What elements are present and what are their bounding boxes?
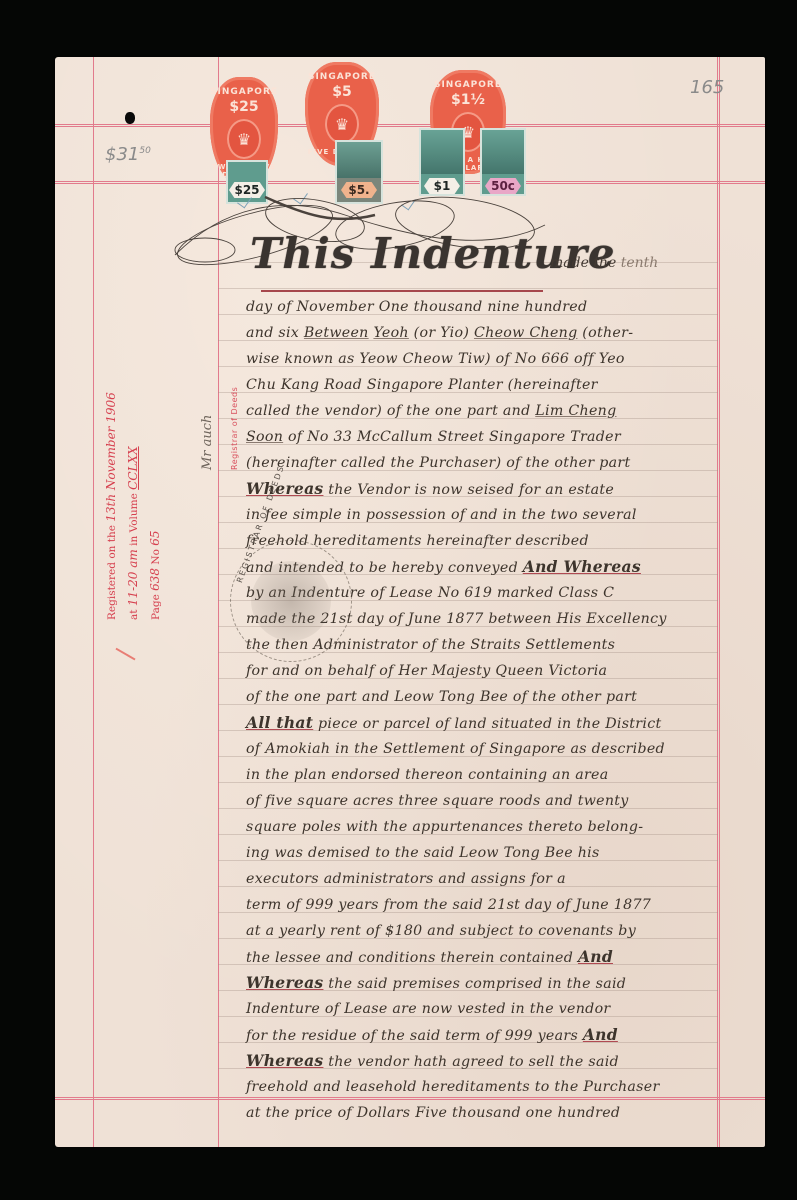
seal-emblem-icon [251,561,331,641]
registrar-seal: REGISTRAR OF DEEDS [230,540,352,662]
top-rule-2 [55,181,765,184]
text-line: for and on behalf of Her Majesty Queen V… [246,658,741,684]
pencil-signature: Mr auch [200,415,215,470]
text-line: ing was demised to the said Leow Tong Be… [246,840,741,866]
text-line: Whereas the said premises comprised in t… [246,970,741,996]
crown-icon: ♛ [325,104,359,144]
text-line: Whereas the Vendor is now seised for an … [246,476,741,502]
text-line: executors administrators and assigns for… [246,866,741,892]
text-line: (hereinafter called the Purchaser) of th… [246,450,741,476]
heading-continuation: made the tenth [550,255,658,271]
pencil-folio-number: 165 [690,77,724,98]
text-line: and six Between Yeoh (or Yio) Cheow Chen… [246,320,741,346]
text-line: of the one part and Leow Tong Bee of the… [246,684,741,710]
text-line: for the residue of the said term of 999 … [246,1022,741,1048]
text-line: Chu Kang Road Singapore Planter (hereina… [246,372,741,398]
registration-note: Registered on the 13th November 1906 at … [100,320,166,620]
text-line: the lessee and conditions therein contai… [246,944,741,970]
text-line: freehold and leasehold hereditaments to … [246,1074,741,1100]
text-line: at the price of Dollars Five thousand on… [246,1100,741,1126]
text-line: wise known as Yeow Cheow Tiw) of No 666 … [246,346,741,372]
text-line: of five square acres three square roods … [246,788,741,814]
top-rule-1 [55,124,765,127]
pencil-amount: $3150 [105,144,151,165]
left-margin-rule [93,57,94,1147]
crown-icon: ♛ [227,119,261,159]
text-line: Indenture of Lease are now vested in the… [246,996,741,1022]
text-line: at a yearly rent of $180 and subject to … [246,918,741,944]
indenture-heading: This Indenture made the tenth [165,185,625,295]
text-line: day of November One thousand nine hundre… [246,294,741,320]
text-line: square poles with the appurtenances ther… [246,814,741,840]
punch-hole [125,112,135,124]
title-underline [261,290,543,292]
text-line: All that piece or parcel of land situate… [246,710,741,736]
text-line: called the vendor) of the one part and L… [246,398,741,424]
text-line: of Amokiah in the Settlement of Singapor… [246,736,741,762]
indenture-body: day of November One thousand nine hundre… [246,294,741,1126]
text-line: in fee simple in possession of and in th… [246,502,741,528]
text-line: Soon of No 33 McCallum Street Singapore … [246,424,741,450]
registrar-red-stamp: Registrar of Deeds [230,387,239,470]
text-line: in the plan endorsed thereon containing … [246,762,741,788]
text-line: term of 999 years from the said 21st day… [246,892,741,918]
text-line: Whereas the vendor hath agreed to sell t… [246,1048,741,1074]
